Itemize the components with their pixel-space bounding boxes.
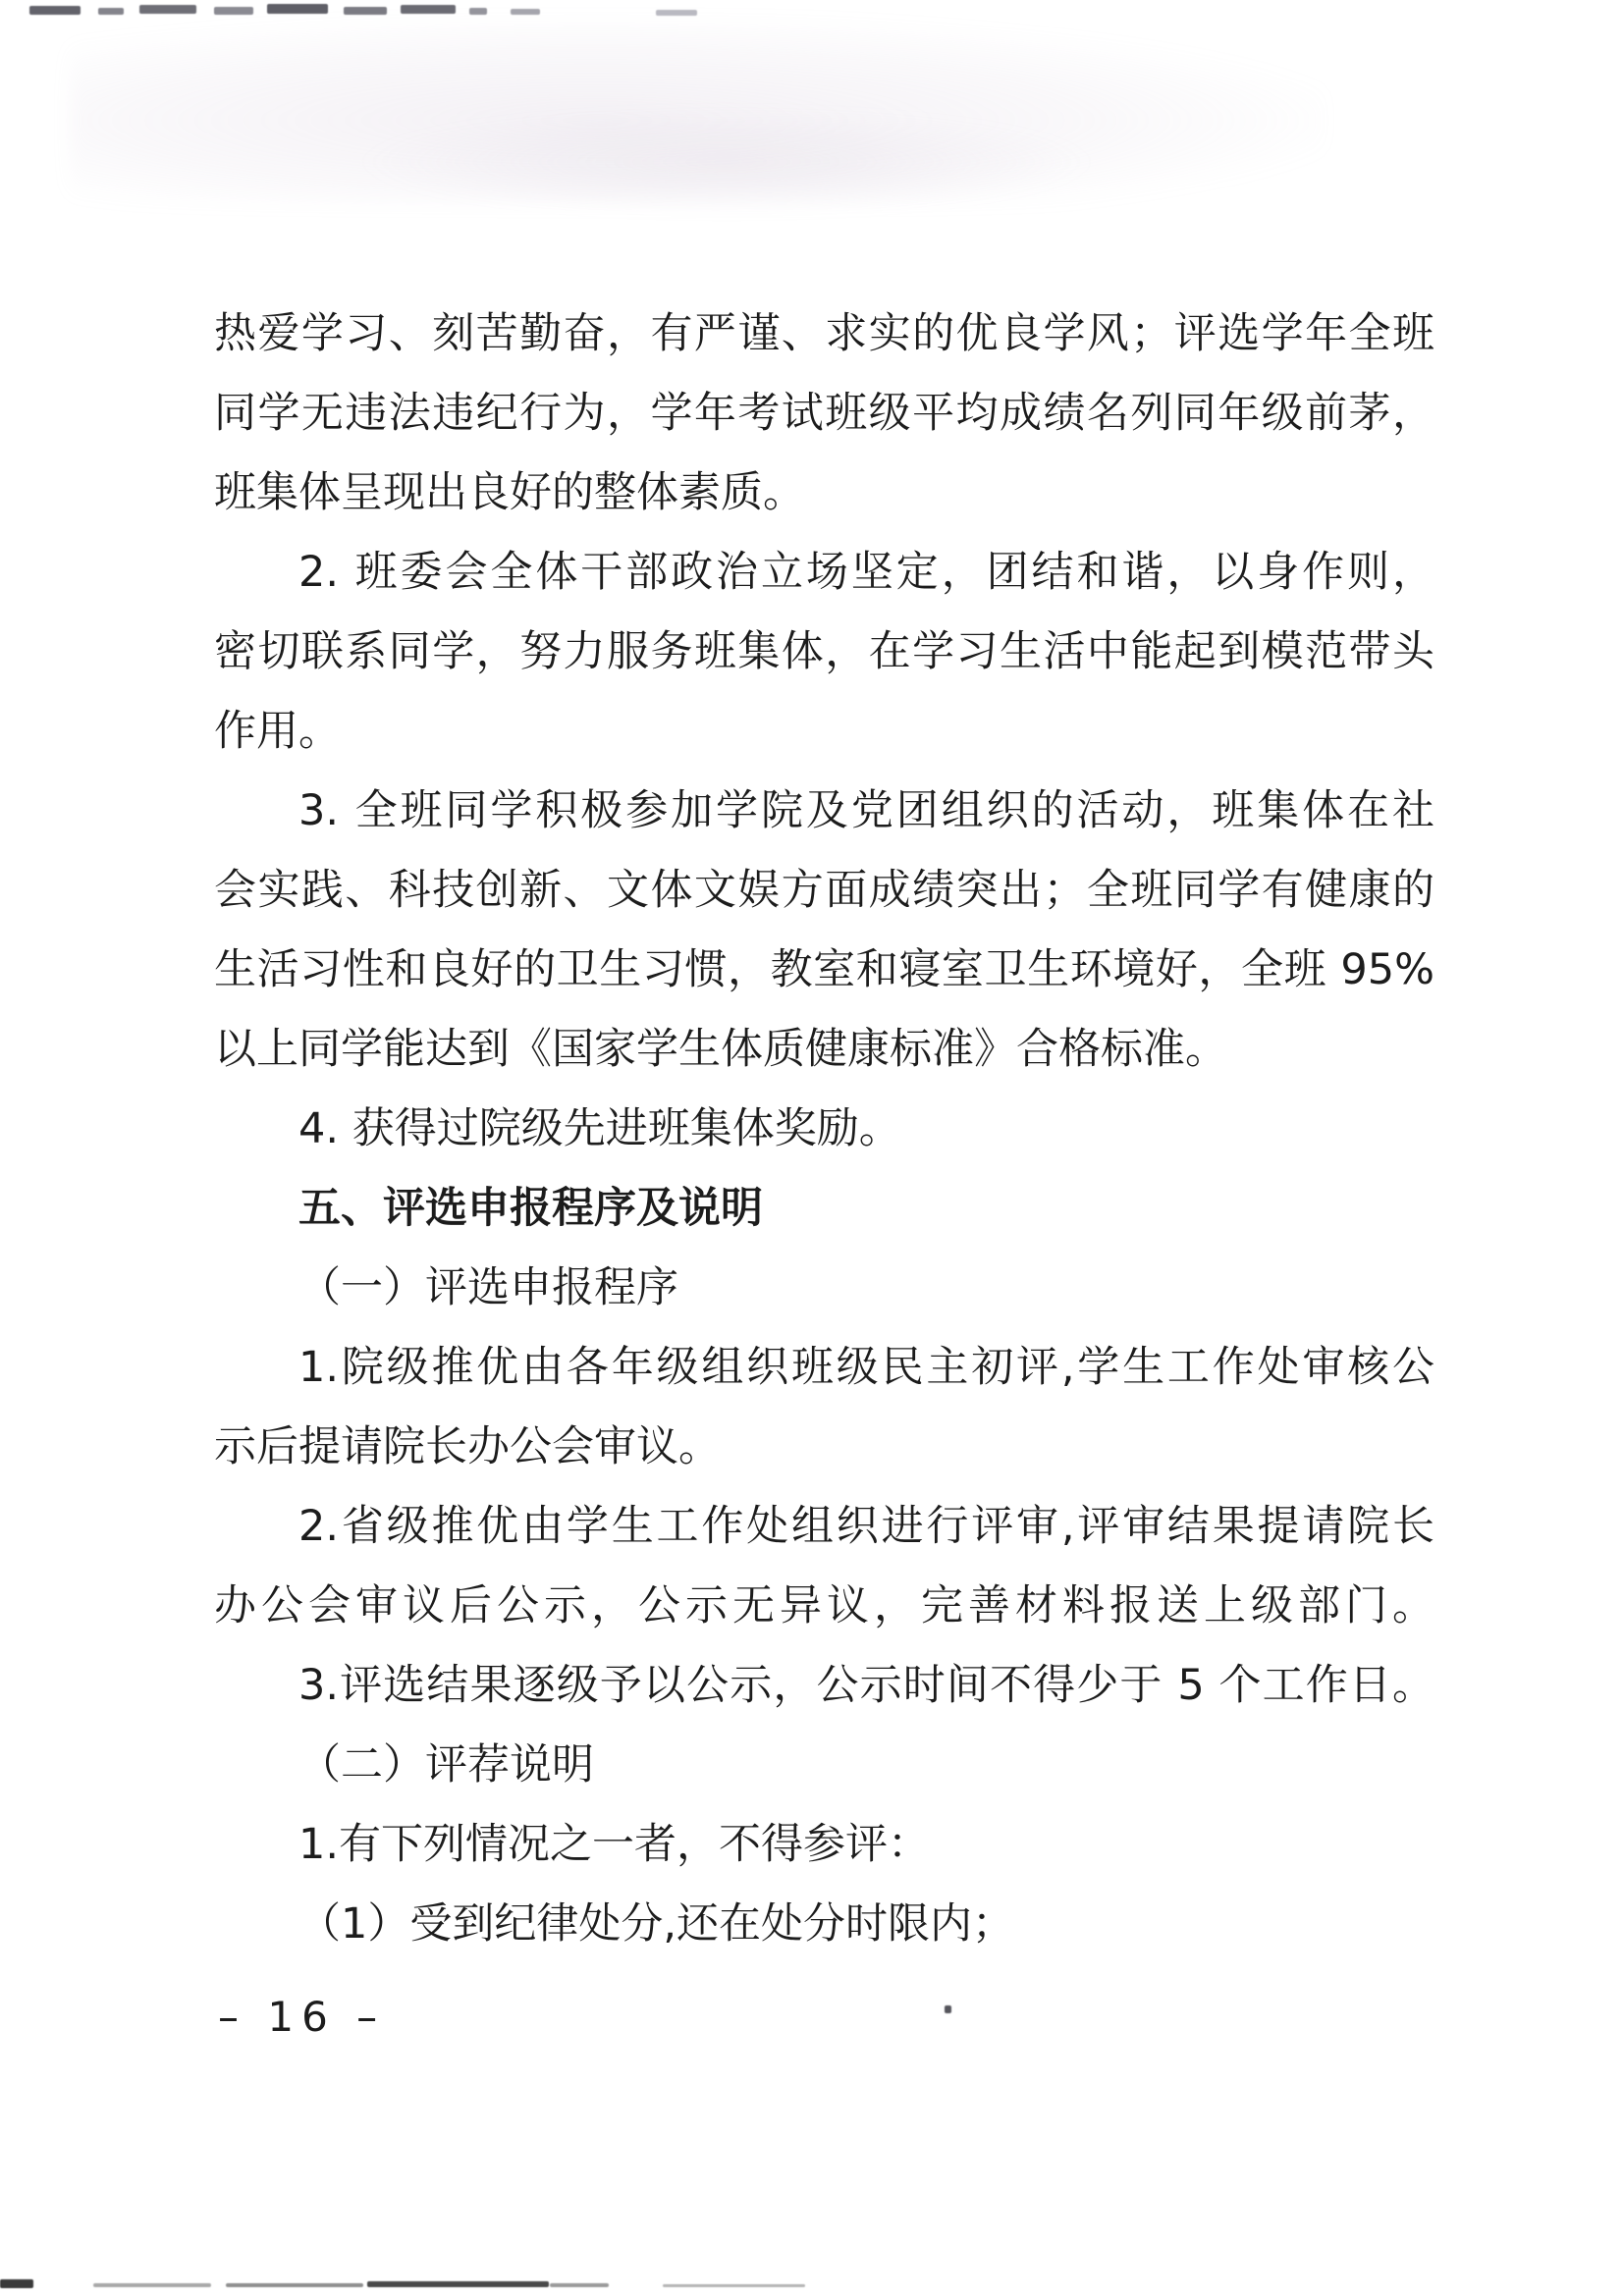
- body-line: 1.院级推优由各年级组织班级民主初评,学生工作处审核公: [214, 1328, 1434, 1408]
- subsection-heading: （一）评选申报程序: [214, 1249, 1434, 1328]
- scan-smudge-artifact: [69, 18, 1325, 204]
- scan-edge-artifact: [344, 7, 387, 15]
- page-number: – 16 –: [218, 1993, 385, 2042]
- scan-smudge-artifact: [353, 108, 1100, 216]
- body-line: （1）受到纪律处分,还在处分时限内；: [214, 1885, 1434, 1964]
- body-line: 生活习性和良好的卫生习惯，教室和寝室卫生环境好，全班 95%: [214, 931, 1434, 1010]
- body-line: 1.有下列情况之一者，不得参评：: [214, 1805, 1434, 1885]
- body-line: 2. 班委会全体干部政治立场坚定，团结和谐，以身作则，: [214, 533, 1434, 613]
- body-line: 以上同学能达到《国家学生体质健康标准》合格标准。: [214, 1010, 1434, 1090]
- scan-edge-artifact: [139, 5, 196, 14]
- scan-bottom-artifact: [0, 2279, 33, 2288]
- body-line: 密切联系同学，努力服务班集体，在学习生活中能起到模范带头: [214, 613, 1434, 692]
- body-line: 作用。: [214, 692, 1434, 772]
- subsection-heading: （二）评荐说明: [214, 1726, 1434, 1805]
- scan-bottom-artifact: [367, 2281, 549, 2287]
- body-line: 热爱学习、刻苦勤奋，有严谨、求实的优良学风；评选学年全班: [214, 294, 1434, 374]
- body-line: 班集体呈现出良好的整体素质。: [214, 454, 1434, 533]
- scan-bottom-artifact: [550, 2283, 609, 2287]
- scan-bottom-artifact: [93, 2283, 211, 2287]
- body-line: 会实践、科技创新、文体文娱方面成绩突出；全班同学有健康的: [214, 851, 1434, 931]
- scan-edge-artifact: [29, 6, 81, 15]
- scan-edge-artifact: [267, 4, 328, 14]
- ink-speck-artifact: [945, 2005, 951, 2013]
- scan-edge-artifact: [511, 9, 540, 15]
- scan-edge-artifact: [214, 7, 253, 15]
- body-line: 办公会审议后公示，公示无异议，完善材料报送上级部门。: [214, 1567, 1434, 1646]
- scan-edge-artifact: [469, 8, 487, 15]
- scan-bottom-artifact: [663, 2284, 805, 2287]
- body-line: 同学无违法违纪行为，学年考试班级平均成绩名列同年级前茅，: [214, 374, 1434, 454]
- body-line: 2.省级推优由学生工作处组织进行评审,评审结果提请院长: [214, 1487, 1434, 1567]
- document-page: 热爱学习、刻苦勤奋，有严谨、求实的优良学风；评选学年全班同学无违法违纪行为，学年…: [0, 0, 1623, 2296]
- body-line: 3.评选结果逐级予以公示，公示时间不得少于 5 个工作日。: [214, 1646, 1434, 1726]
- scan-edge-artifact: [98, 8, 124, 15]
- scan-bottom-artifact: [226, 2283, 363, 2287]
- scan-edge-artifact: [401, 5, 456, 14]
- body-line: 3. 全班同学积极参加学院及党团组织的活动，班集体在社: [214, 772, 1434, 851]
- document-body: 热爱学习、刻苦勤奋，有严谨、求实的优良学风；评选学年全班同学无违法违纪行为，学年…: [214, 294, 1434, 1964]
- scan-edge-artifact: [656, 10, 697, 16]
- section-heading: 五、评选申报程序及说明: [214, 1169, 1434, 1249]
- body-line: 4. 获得过院级先进班集体奖励。: [214, 1090, 1434, 1169]
- body-line: 示后提请院长办公会审议。: [214, 1408, 1434, 1487]
